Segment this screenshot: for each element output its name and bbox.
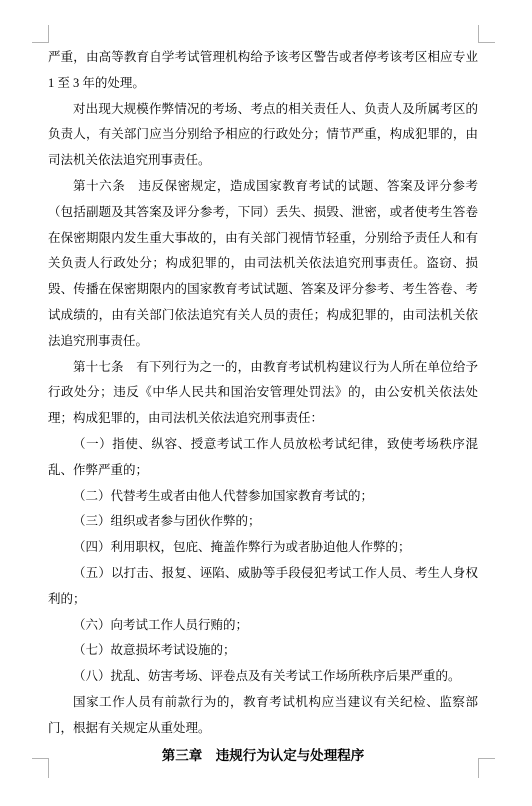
margin-crop-mark-bottom-left <box>32 758 49 778</box>
paragraph: （二）代替考生或者由他人代替参加国家教育考试的； <box>48 484 478 510</box>
margin-crop-mark-bottom-right <box>478 758 495 778</box>
paragraph: 对出现大规模作弊情况的考场、考点的相关责任人、负责人及所属考区的负责人，有关部门… <box>48 97 478 174</box>
paragraph: （三）组织或者参与团伙作弊的； <box>48 509 478 535</box>
paragraph: （八）扰乱、妨害考场、评卷点及有关考试工作场所秩序后果严重的。 <box>48 664 478 690</box>
paragraph: 严重，由高等教育自学考试管理机构给予该考区警告或者停考该考区相应专业 1 至 3… <box>48 45 478 97</box>
paragraph: 第十六条 违反保密规定，造成国家教育考试的试题、答案及评分参考（包括副题及其答案… <box>48 174 478 355</box>
margin-crop-mark-top-right <box>478 25 495 43</box>
paragraph: （四）利用职权，包庇、掩盖作弊行为或者胁迫他人作弊的； <box>48 535 478 561</box>
margin-crop-mark-top-left <box>32 25 49 43</box>
paragraph: （五）以打击、报复、诬陷、威胁等手段侵犯考试工作人员、考生人身权利的； <box>48 561 478 613</box>
chapter-heading: 第三章 违规行为认定与处理程序 <box>48 743 478 769</box>
paragraph: （六）向考试工作人员行贿的； <box>48 613 478 639</box>
paragraph: 国家工作人员有前款行为的，教育考试机构应当建议有关纪检、监察部门，根据有关规定从… <box>48 690 478 742</box>
document-body: 严重，由高等教育自学考试管理机构给予该考区警告或者停考该考区相应专业 1 至 3… <box>48 45 478 768</box>
document-page: 严重，由高等教育自学考试管理机构给予该考区警告或者停考该考区相应专业 1 至 3… <box>0 0 532 806</box>
paragraph: 第十七条 有下列行为之一的，由教育考试机构建议行为人所在单位给予行政处分；违反《… <box>48 355 478 432</box>
paragraph: （七）故意损坏考试设施的； <box>48 638 478 664</box>
paragraph: （一）指使、纵容、授意考试工作人员放松考试纪律，致使考场秩序混乱、作弊严重的； <box>48 432 478 484</box>
